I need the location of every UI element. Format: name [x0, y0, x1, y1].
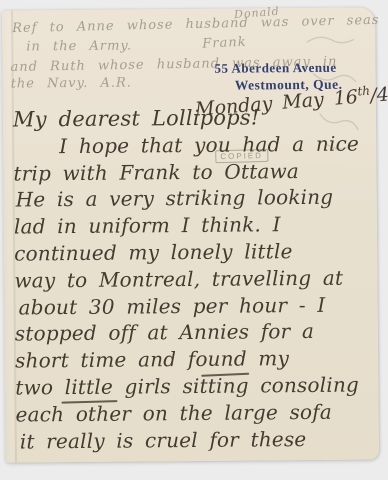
letter-line: way to Montreal, travelling at [14, 264, 372, 294]
letter-line: trip with Frank to Ottawa [13, 157, 371, 187]
date-year: /43. [370, 82, 388, 107]
letter-line: lad in uniform I think. I [14, 211, 372, 241]
letter-line: it really is cruel for these [16, 425, 374, 455]
pencil-note-line4: the Navy. A.R. [11, 76, 132, 92]
pencil-note-line2: in the Army. [26, 39, 132, 55]
letter-line: He is a very striking looking [14, 184, 372, 214]
letter-line: I hope that you had a nice [13, 130, 371, 160]
letter-line: two little girls sitting consoling [15, 371, 373, 401]
letter-photograph: Ref to Anne whose husband was over seas … [0, 0, 388, 480]
letter-line: continued my lonely little [14, 237, 372, 267]
letter-line: short time and found my [15, 345, 373, 375]
letter-line: about 30 miles per hour - I [15, 291, 373, 321]
letter-line: stopped off at Annies for a [15, 318, 373, 348]
salutation-line: My dearest Lollipops! [13, 103, 371, 133]
letterhead-street: 55 Aberdeen Avenue [180, 59, 370, 77]
date-ordinal: th [357, 84, 371, 99]
pencil-inserted-frank: Frank [202, 35, 247, 52]
letter-page: Ref to Anne whose husband was over seas … [2, 7, 379, 462]
